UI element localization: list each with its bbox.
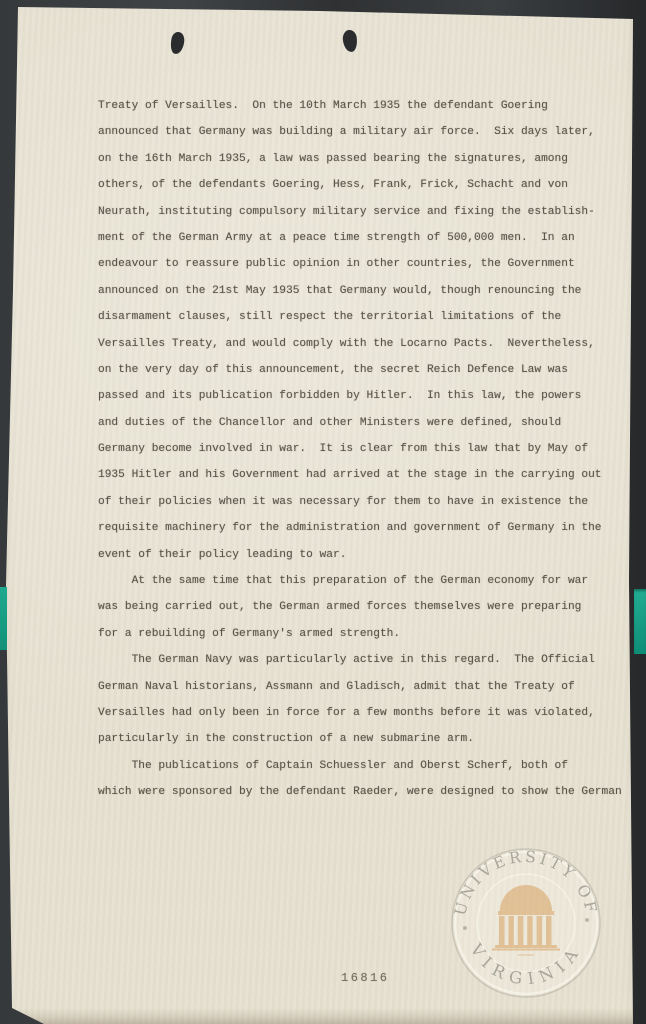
text-line: announced on the 21st May 1935 that Germ… bbox=[98, 278, 622, 304]
text-line: passed and its publication forbidden by … bbox=[98, 383, 622, 409]
hole-punch-right bbox=[342, 29, 358, 52]
page-number: 16816 bbox=[341, 971, 390, 985]
text-line: At the same time that this preparation o… bbox=[98, 568, 622, 594]
text-line: Germany become involved in war. It is cl… bbox=[98, 436, 622, 462]
text-line: particularly in the construction of a ne… bbox=[98, 726, 622, 752]
text-line: Neurath, instituting compulsory military… bbox=[98, 199, 622, 225]
paper-page: Treaty of Versailles. On the 10th March … bbox=[0, 0, 646, 1024]
text-line: others, of the defendants Goering, Hess,… bbox=[98, 172, 622, 198]
teal-bookmark-tab-left bbox=[0, 587, 7, 650]
text-line: Versailles had only been in force for a … bbox=[98, 700, 622, 726]
hole-punch-left bbox=[170, 31, 186, 54]
document-scan-viewport: Treaty of Versailles. On the 10th March … bbox=[0, 0, 646, 1024]
text-line: disarmament clauses, still respect the t… bbox=[98, 304, 622, 330]
text-line: which were sponsored by the defendant Ra… bbox=[98, 779, 622, 805]
text-line: ment of the German Army at a peace time … bbox=[98, 225, 622, 251]
text-line: of their policies when it was necessary … bbox=[98, 489, 622, 515]
seal-side-dot-left bbox=[463, 926, 467, 930]
text-line: event of their policy leading to war. bbox=[98, 542, 622, 568]
text-line: for a rebuilding of Germany's armed stre… bbox=[98, 621, 622, 647]
text-line: Treaty of Versailles. On the 10th March … bbox=[98, 93, 622, 119]
text-line: on the 16th March 1935, a law was passed… bbox=[98, 146, 622, 172]
text-line: 1935 Hitler and his Government had arriv… bbox=[98, 462, 622, 488]
text-line: The German Navy was particularly active … bbox=[98, 647, 622, 673]
text-line: was being carried out, the German armed … bbox=[98, 594, 622, 620]
text-line: Versailles Treaty, and would comply with… bbox=[98, 331, 622, 357]
text-line: announced that Germany was building a mi… bbox=[98, 119, 622, 145]
text-line: on the very day of this announcement, th… bbox=[98, 357, 622, 383]
text-line: requisite machinery for the administrati… bbox=[98, 515, 622, 541]
text-line: German Naval historians, Assmann and Gla… bbox=[98, 674, 622, 700]
typewritten-text-block: Treaty of Versailles. On the 10th March … bbox=[98, 93, 622, 806]
seal-side-dot-right bbox=[585, 918, 589, 922]
teal-bookmark-tab-right bbox=[634, 589, 646, 654]
university-of-virginia-watermark-seal: UNIVERSITY OF VIRGINIA bbox=[446, 843, 606, 1003]
text-line: The publications of Captain Schuessler a… bbox=[98, 753, 622, 779]
page-bottom-shadow bbox=[0, 1008, 646, 1024]
text-line: endeavour to reassure public opinion in … bbox=[98, 251, 622, 277]
text-line: and duties of the Chancellor and other M… bbox=[98, 410, 622, 436]
